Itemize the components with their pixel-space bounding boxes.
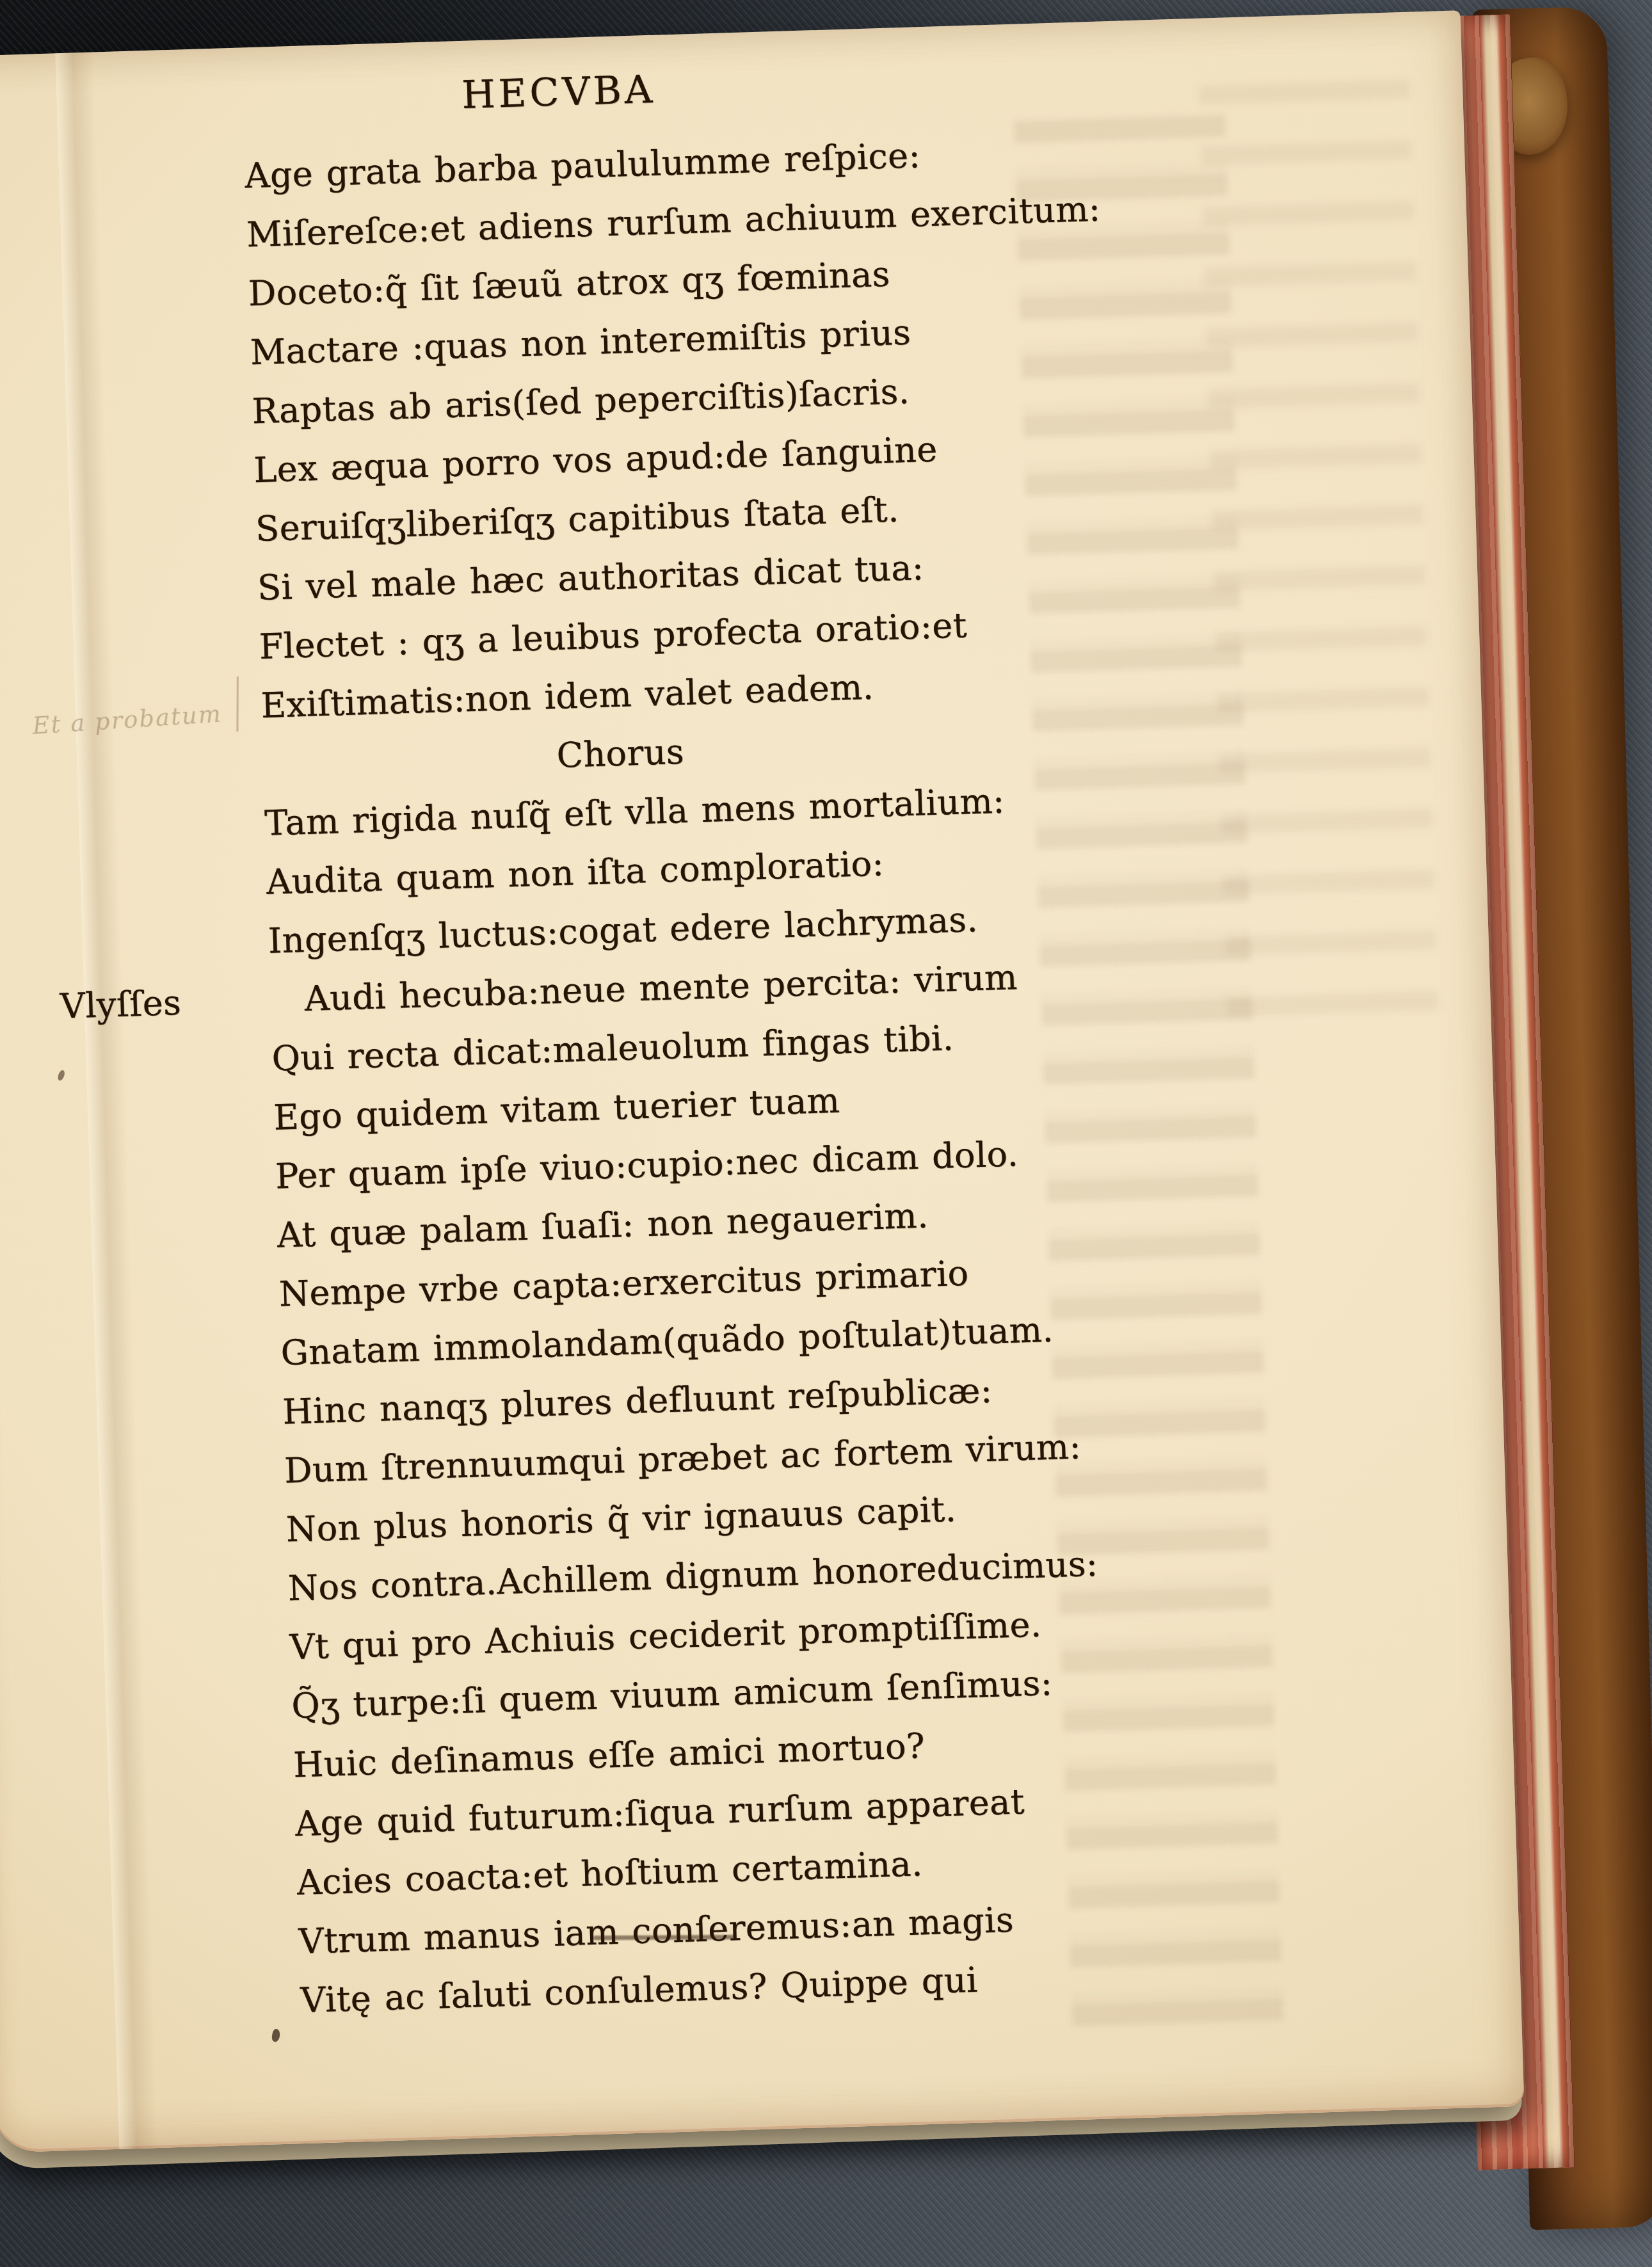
margin-pen-line [236, 677, 238, 732]
page-header-title: HECVBA [0, 51, 1186, 134]
ink-underline-mark [593, 1935, 735, 1940]
book-page: HECVBA Age grata barba paululumme reſpic… [0, 10, 1524, 2153]
photograph-of-book-page: HECVBA Age grata barba paululumme reſpic… [0, 0, 1652, 2267]
line-text: Chorus [556, 732, 685, 776]
text-block: Age grata barba paululumme reſpice:Miſer… [0, 116, 1521, 2047]
line-text: Age grata barba paululumme reſpice: [244, 135, 920, 196]
speaker-label: Vlyſſes [60, 981, 182, 1029]
